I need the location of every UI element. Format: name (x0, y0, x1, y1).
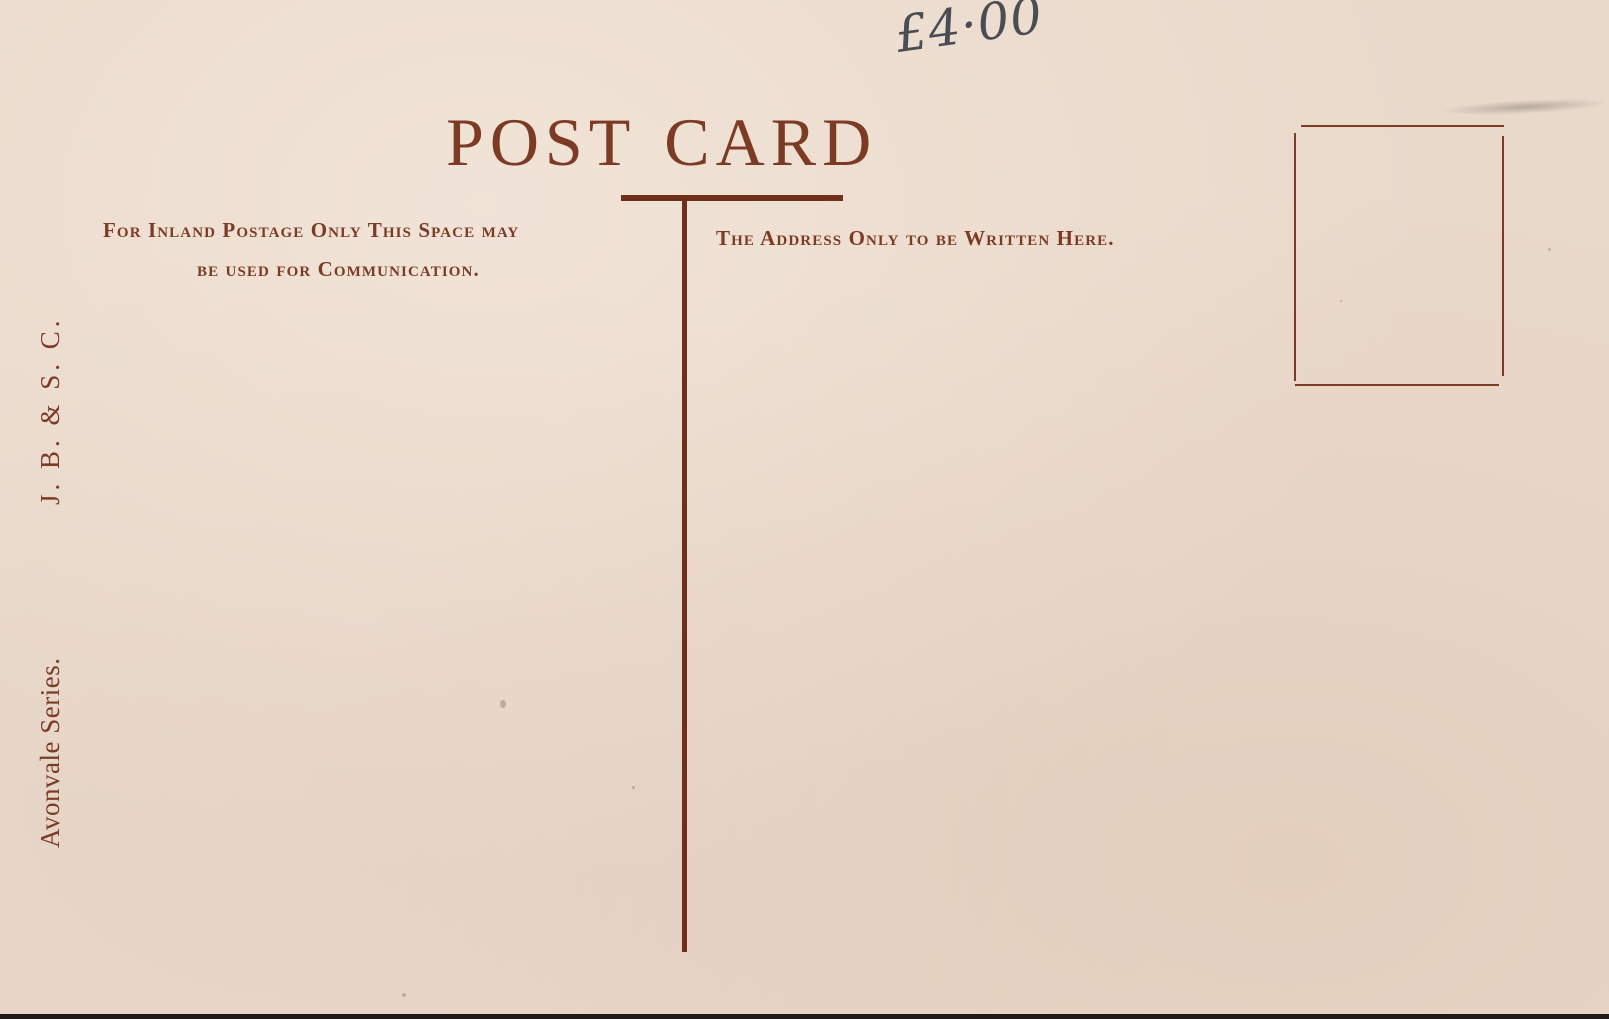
title-post: POST (446, 104, 636, 180)
stamp-box-right (1502, 136, 1504, 376)
publisher-imprint: J. B. & S. C. (37, 316, 64, 505)
scan-edge-strip (0, 1014, 1609, 1019)
paper-speck (402, 993, 406, 997)
title-card: CARD (664, 104, 877, 180)
address-caption: The Address Only to be Written Here. (716, 228, 1115, 249)
paper-smudge (1440, 96, 1609, 119)
title-underline-rule (621, 195, 843, 201)
stamp-box-left (1294, 133, 1296, 381)
stamp-box-top (1301, 125, 1504, 127)
postcard-back: £4·00 POSTCARD For Inland Postage Only T… (0, 0, 1609, 1014)
center-divider-rule (682, 200, 687, 952)
stamp-box-bottom (1295, 384, 1499, 386)
paper-speck (1548, 248, 1551, 251)
message-caption-line2: be used for Communication. (197, 259, 480, 280)
paper-speck (632, 786, 635, 789)
paper-speck (500, 700, 506, 708)
message-caption-line1: For Inland Postage Only This Space may (103, 220, 519, 241)
postcard-title: POSTCARD (446, 108, 916, 176)
series-imprint: Avonvale Series. (37, 658, 64, 848)
handwritten-price: £4·00 (892, 0, 1047, 64)
paper-speck (1340, 300, 1342, 302)
